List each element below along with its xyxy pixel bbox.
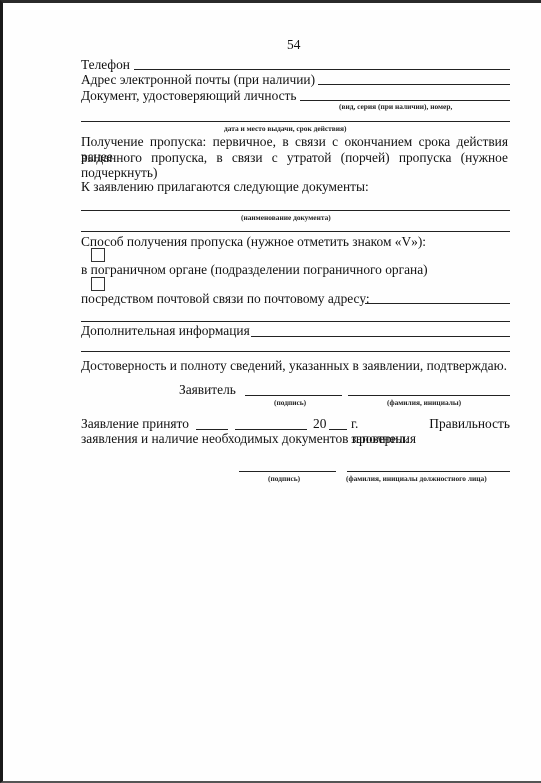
attachments-label: К заявлению прилагаются следующие докуме…: [81, 179, 369, 194]
applicant-name-field[interactable]: [348, 395, 510, 396]
id-document-field[interactable]: [300, 100, 510, 101]
id-document-field-2[interactable]: [81, 121, 510, 122]
attachments-hint: (наименование документа): [241, 213, 331, 222]
official-name-field[interactable]: [347, 471, 510, 472]
applicant-signature-field[interactable]: [245, 395, 342, 396]
page-number: 54: [287, 37, 300, 52]
email-label: Адрес электронной почты (при наличии): [81, 72, 315, 87]
delivery-option-post-checkbox[interactable]: [91, 277, 105, 291]
applicant-name-hint: (фамилия, инициалы): [387, 398, 461, 407]
additional-info-label: Дополнительная информация: [81, 323, 250, 338]
email-field[interactable]: [318, 84, 510, 85]
postal-address-field-2[interactable]: [81, 321, 510, 322]
acceptance-line-2: заявления и наличие необходимых документ…: [81, 431, 408, 446]
applicant-signature-hint: (подпись): [274, 398, 306, 407]
phone-field[interactable]: [134, 69, 510, 70]
pass-receipt-line-3: подчеркнуть): [81, 165, 157, 180]
delivery-option-border-label: в пограничном органе (подразделении погр…: [81, 262, 428, 277]
delivery-option-border-checkbox[interactable]: [91, 248, 105, 262]
official-signature-field[interactable]: [239, 471, 336, 472]
acceptance-year-prefix: 20: [313, 416, 326, 431]
phone-label: Телефон: [81, 57, 130, 72]
pass-receipt-line-2: выданного пропуска, в связи с утратой (п…: [81, 150, 508, 165]
acceptance-label: Заявление принято: [81, 416, 189, 431]
id-document-hint: (вид, серия (при наличии), номер,: [339, 102, 452, 111]
attachments-field-2[interactable]: [81, 231, 510, 232]
id-document-hint-2: дата и место выдачи, срок действия): [224, 124, 346, 133]
acceptance-day-field[interactable]: [196, 429, 228, 430]
confirmation-text: Достоверность и полноту сведений, указан…: [81, 358, 507, 373]
applicant-label: Заявитель: [179, 382, 236, 397]
id-document-label: Документ, удостоверяющий личность: [81, 88, 297, 103]
attachments-field[interactable]: [81, 210, 510, 211]
document-page: 54 Телефон Адрес электронной почты (при …: [0, 0, 541, 783]
delivery-label: Способ получения пропуска (нужное отмети…: [81, 234, 426, 249]
acceptance-month-field[interactable]: [235, 429, 307, 430]
additional-info-field[interactable]: [251, 336, 510, 337]
additional-info-field-2[interactable]: [81, 351, 510, 352]
postal-address-field[interactable]: [365, 303, 510, 304]
official-name-hint: (фамилия, инициалы должностного лица): [346, 474, 487, 483]
delivery-option-post-label: посредством почтовой связи по почтовому …: [81, 291, 370, 306]
official-signature-hint: (подпись): [268, 474, 300, 483]
acceptance-year-field[interactable]: [329, 429, 347, 430]
